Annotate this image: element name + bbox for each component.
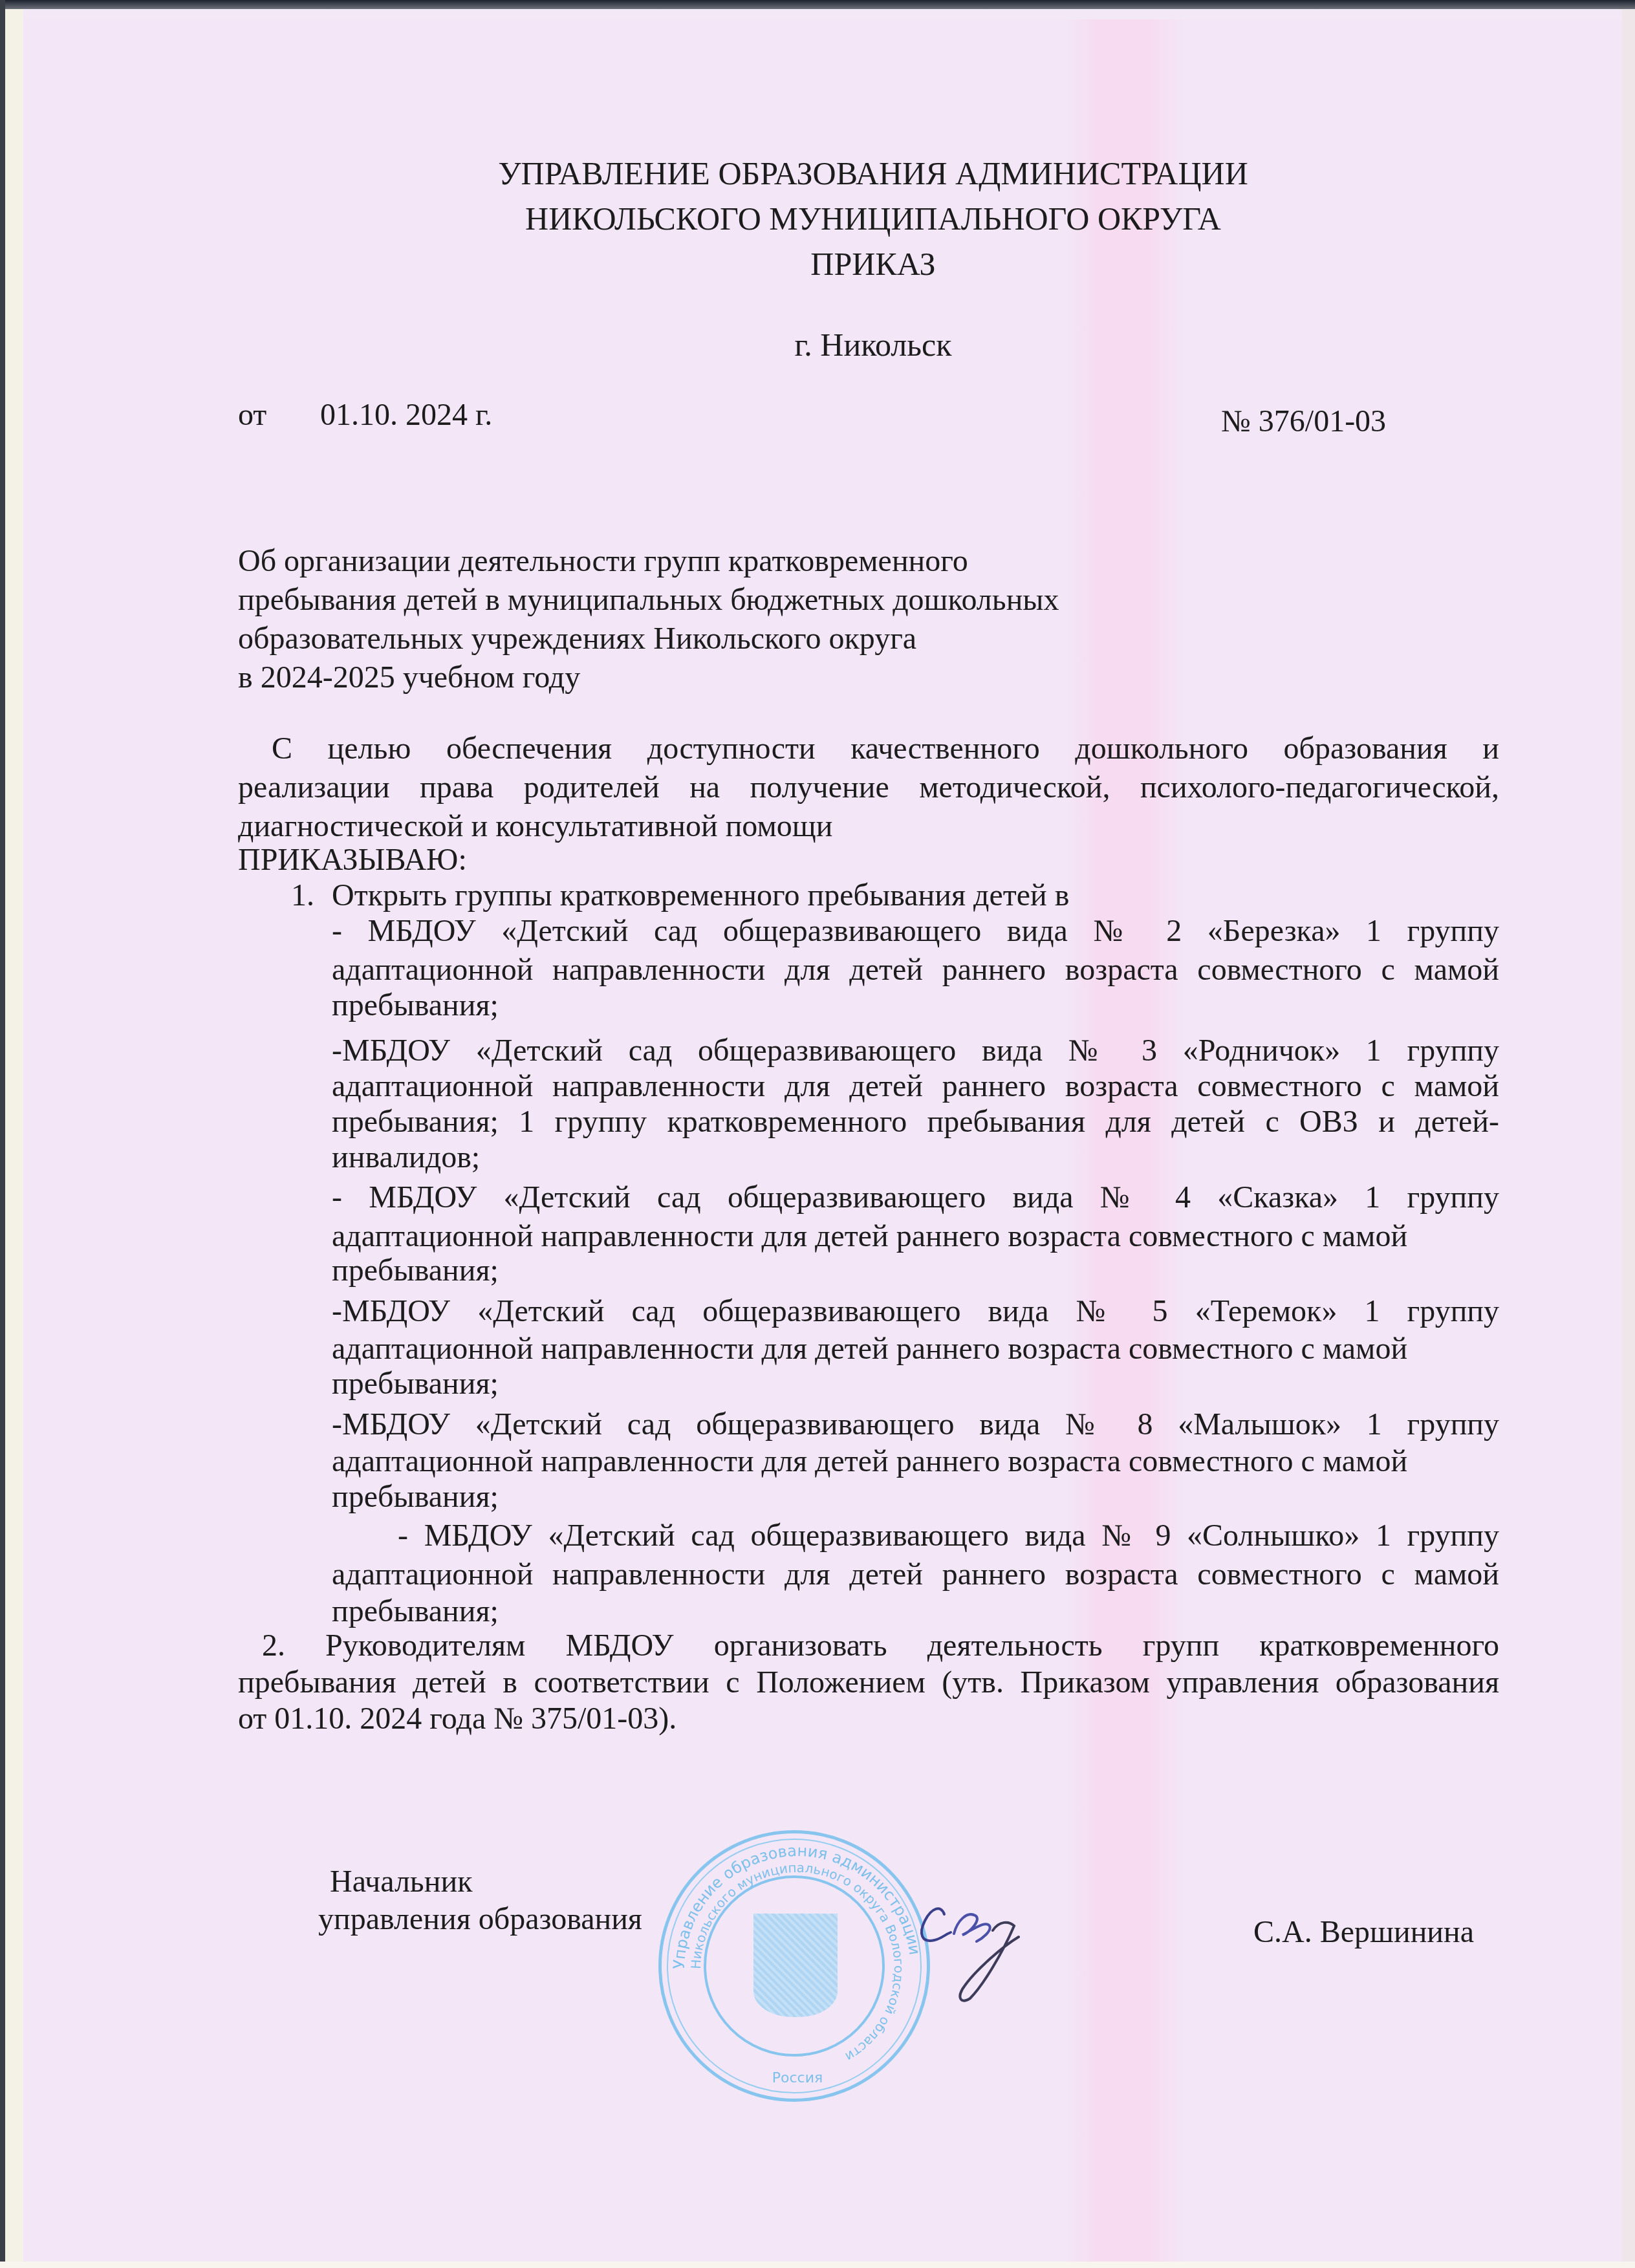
scan-edge-top xyxy=(0,0,1635,9)
header-org-line1: УПРАВЛЕНИЕ ОБРАЗОВАНИЯ АДМИНИСТРАЦИИ xyxy=(0,157,1635,189)
sub-item-line: адаптационной направленности для детей р… xyxy=(332,1442,1407,1481)
city: г. Никольск xyxy=(0,329,1635,361)
sub-item-line: -МБДОУ «Детский сад общеразвивающего вид… xyxy=(332,1292,1499,1331)
order-date: 01.10. 2024 г. xyxy=(320,396,492,435)
sub-item-line: -МБДОУ «Детский сад общеразвивающего вид… xyxy=(332,1031,1499,1070)
signatory-name: С.А. Вершинина xyxy=(1253,1913,1474,1952)
subject-line: Об организации деятельности групп кратко… xyxy=(238,542,968,581)
preamble-line: С целью обеспечения доступности качестве… xyxy=(272,729,1499,768)
sub-item-line: - МБДОУ «Детский сад общеразвивающего ви… xyxy=(332,1178,1499,1217)
sub-item-line: пребывания; xyxy=(332,1478,499,1517)
sub-item-line: пребывания; xyxy=(332,1592,499,1631)
sub-item-line: пребывания; xyxy=(332,1251,499,1290)
preamble-line: диагностической и консультативной помощи xyxy=(238,807,832,846)
signatory-position-line1: Начальник xyxy=(330,1863,472,1901)
header-org-line2: НИКОЛЬСКОГО МУНИЦИПАЛЬНОГО ОКРУГА xyxy=(0,202,1635,235)
preamble-line: реализации права родителей на получение … xyxy=(238,768,1499,807)
handwritten-signature-icon xyxy=(905,1875,1048,2005)
order-number: № 376/01-03 xyxy=(1221,402,1386,441)
subject-line: образовательных учреждениях Никольского … xyxy=(238,620,916,658)
item-line: пребывания детей в соответствии с Положе… xyxy=(238,1663,1499,1702)
date-prefix: от xyxy=(238,396,266,435)
sub-item-line: пребывания; xyxy=(332,1365,499,1403)
sub-item-line: адаптационной направленности для детей р… xyxy=(332,1217,1407,1256)
official-stamp: Управление образования администрации Ник… xyxy=(658,1830,930,2102)
document-type-title: ПРИКАЗ xyxy=(0,248,1635,280)
sub-item-line: адаптационной направленности для детей р… xyxy=(332,1330,1407,1368)
sub-item-line: адаптационной направленности для детей р… xyxy=(332,1067,1499,1106)
item-text: Открыть группы кратковременного пребыван… xyxy=(332,876,1069,915)
signatory-position-line2: управления образования xyxy=(318,1900,642,1939)
stamp-text-ring: Управление образования администрации Ник… xyxy=(662,1833,933,2105)
sub-item-line: инвалидов; xyxy=(332,1138,480,1177)
sub-item-line: адаптационной направленности для детей р… xyxy=(332,1555,1499,1594)
subject-line: в 2024-2025 учебном году xyxy=(238,658,580,697)
item-line: 2. Руководителям МБДОУ организовать деят… xyxy=(262,1626,1499,1665)
sub-item-line: пребывания; xyxy=(332,986,499,1025)
order-word: ПРИКАЗЫВАЮ: xyxy=(238,841,467,880)
sub-item-line: - МБДОУ «Детский сад общеразвивающего ви… xyxy=(398,1517,1499,1555)
sub-item-line: -МБДОУ «Детский сад общеразвивающего вид… xyxy=(332,1405,1499,1444)
scan-edge-bottom xyxy=(0,2262,1635,2268)
subject-line: пребывания детей в муниципальных бюджетн… xyxy=(238,581,1059,620)
sub-item-line: - МБДОУ «Детский сад общеразвивающего ви… xyxy=(332,912,1499,951)
sub-item-line: пребывания; 1 группу кратковременного пр… xyxy=(332,1103,1499,1141)
sub-item-line: адаптационной направленности для детей р… xyxy=(332,951,1499,989)
item-line: от 01.10. 2024 года № 375/01-03). xyxy=(238,1700,677,1738)
item-number: 1. xyxy=(291,876,314,915)
svg-text:Россия: Россия xyxy=(772,2070,823,2086)
